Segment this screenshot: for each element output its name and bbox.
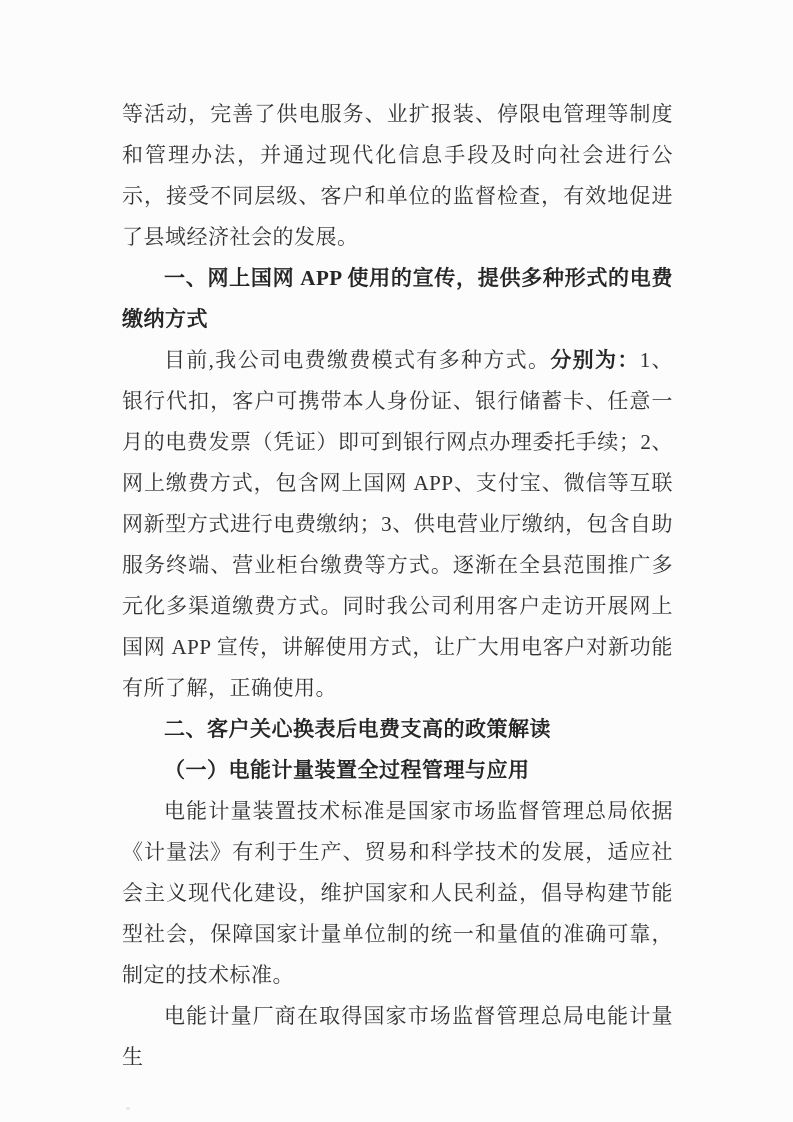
paragraph-payment-methods-rest: 1、银行代扣，客户可携带本人身份证、银行储蓄卡、任意一月的电费发票（凭证）即可到…	[122, 348, 673, 700]
section-heading-2: 二、客户关心换表后电费支高的政策解读	[122, 709, 673, 750]
paragraph-continuation: 等活动，完善了供电服务、业扩报装、停限电管理等制度和管理办法，并通过现代化信息手…	[122, 94, 673, 258]
scan-artifact-speck	[126, 1107, 130, 1110]
paragraph-metering-manufacturer: 电能计量厂商在取得国家市场监督管理总局电能计量生	[122, 996, 673, 1078]
subsection-heading-1: （一）电能计量装置全过程管理与应用	[122, 750, 673, 791]
paragraph-payment-methods-lead: 目前,我公司电费缴费模式有多种方式。	[164, 348, 550, 372]
section-heading-1: 一、网上国网 APP 使用的宣传，提供多种形式的电费缴纳方式	[122, 258, 673, 340]
document-content: 等活动，完善了供电服务、业扩报装、停限电管理等制度和管理办法，并通过现代化信息手…	[122, 94, 673, 1078]
paragraph-payment-methods-bold-label: 分别为：	[550, 348, 639, 372]
document-page: 等活动，完善了供电服务、业扩报装、停限电管理等制度和管理办法，并通过现代化信息手…	[0, 0, 793, 1122]
paragraph-metering-standard: 电能计量装置技术标准是国家市场监督管理总局依据《计量法》有利于生产、贸易和科学技…	[122, 791, 673, 996]
paragraph-payment-methods: 目前,我公司电费缴费模式有多种方式。分别为：1、银行代扣，客户可携带本人身份证、…	[122, 340, 673, 709]
